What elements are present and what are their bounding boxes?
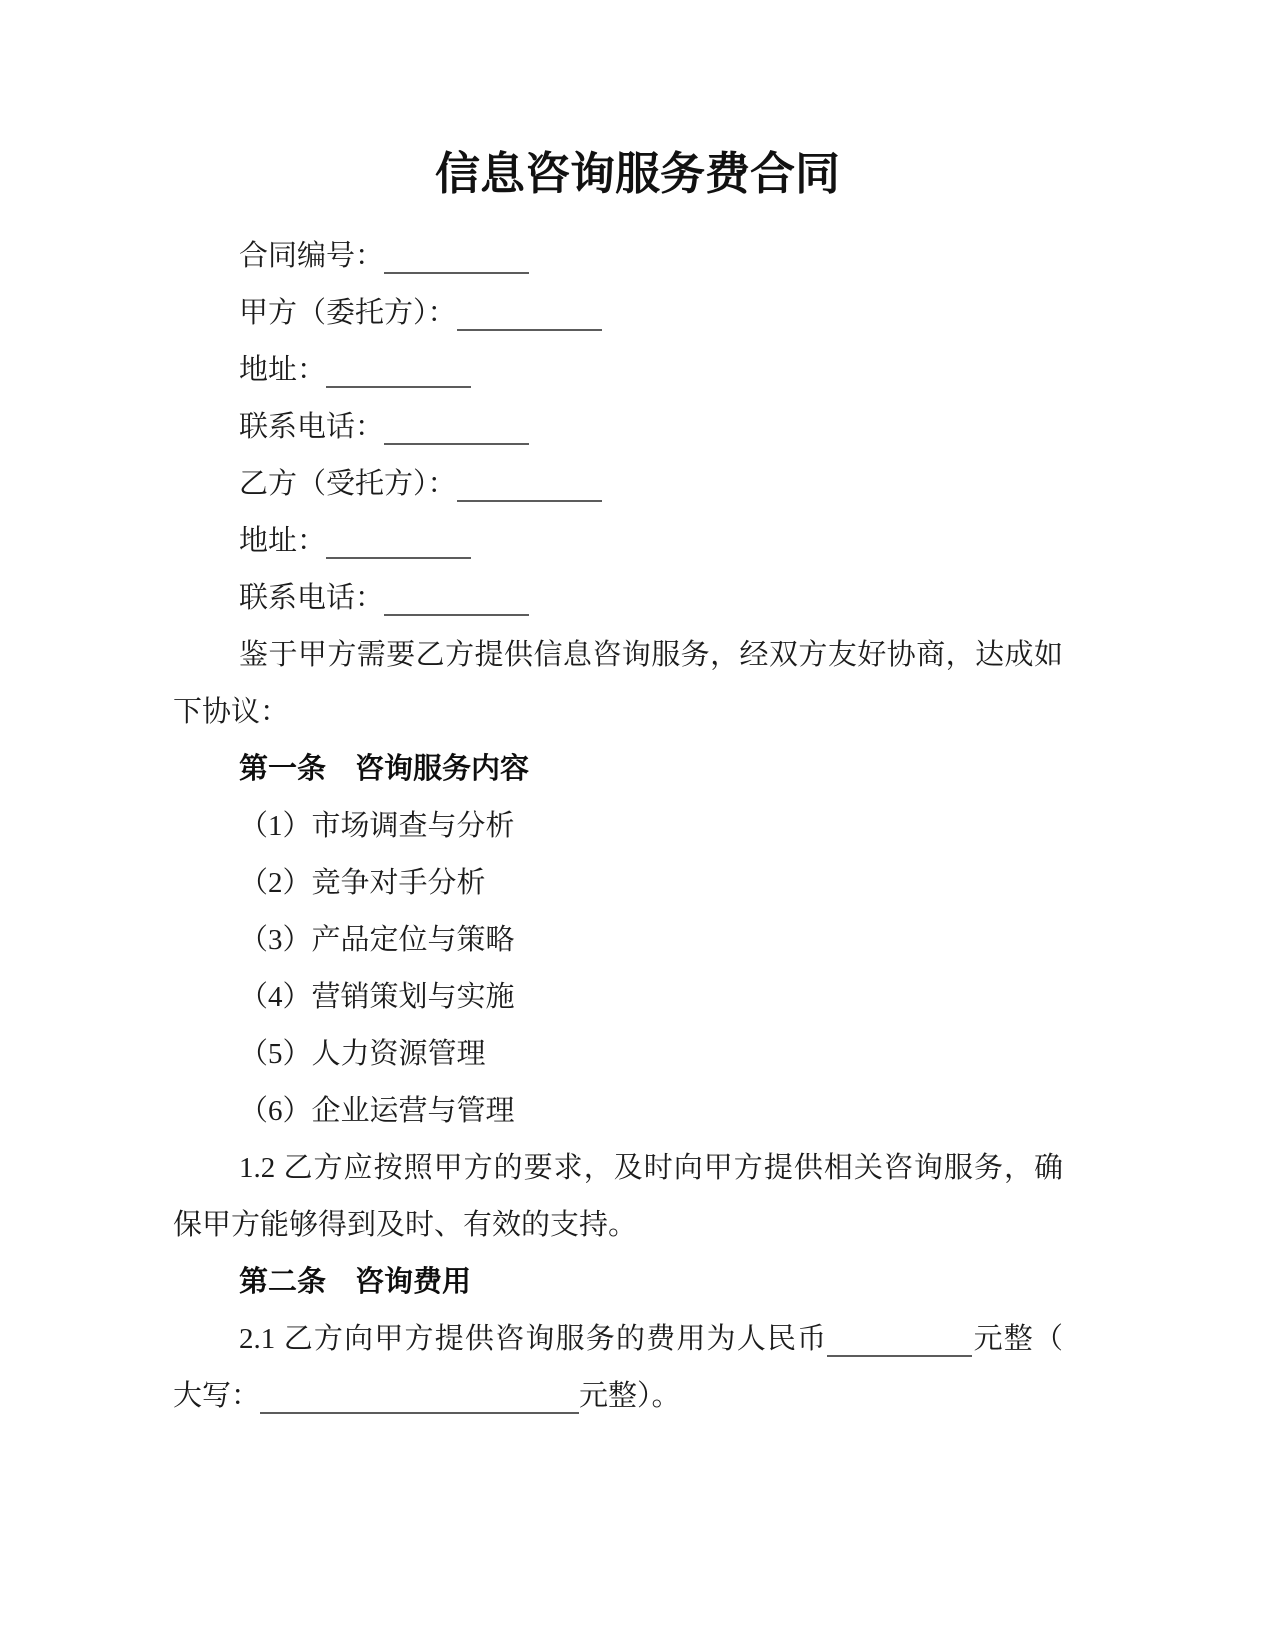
amount-words-blank-line: ______________________	[260, 1380, 579, 1414]
clause-2-1-line-2: 大写：______________________元整）。	[173, 1368, 1063, 1425]
service-item-4: （4）营销策划与实施	[173, 969, 1063, 1026]
intro-paragraph-line-1: 鉴于甲方需要乙方提供信息咨询服务，经双方友好协商，达成如	[173, 627, 1063, 684]
field-contract-number: 合同编号：__________	[173, 228, 1063, 285]
field-label: 乙方（受托方）：	[239, 468, 457, 500]
blank-line: __________	[384, 411, 529, 445]
clause-1-2-line-1: 1.2 乙方应按照甲方的要求，及时向甲方提供相关咨询服务，确	[173, 1140, 1063, 1197]
field-label: 联系电话：	[239, 582, 384, 614]
field-party-b: 乙方（受托方）：__________	[173, 456, 1063, 513]
field-label: 甲方（委托方）：	[239, 297, 457, 329]
field-party-b-address: 地址：__________	[173, 513, 1063, 570]
field-party-a: 甲方（委托方）：__________	[173, 285, 1063, 342]
document-title: 信息咨询服务费合同	[0, 142, 1275, 206]
field-label: 联系电话：	[239, 411, 384, 443]
intro-paragraph-line-2: 下协议：	[173, 684, 1063, 741]
field-party-a-phone: 联系电话：__________	[173, 399, 1063, 456]
blank-line: __________	[457, 468, 602, 502]
document-body: 合同编号：__________ 甲方（委托方）：__________ 地址：__…	[173, 228, 1063, 1425]
blank-line: __________	[326, 525, 471, 559]
clause-2-1-line-1: 2.1 乙方向甲方提供咨询服务的费用为人民币__________元整（	[173, 1311, 1063, 1368]
field-label: 地址：	[239, 525, 326, 557]
clause-text: 大写：	[173, 1380, 260, 1412]
service-item-2: （2）竞争对手分析	[173, 855, 1063, 912]
contract-page: 信息咨询服务费合同 合同编号：__________ 甲方（委托方）：______…	[0, 0, 1275, 1650]
section-2-heading: 第二条 咨询费用	[173, 1254, 1063, 1311]
clause-1-2-line-2: 保甲方能够得到及时、有效的支持。	[173, 1197, 1063, 1254]
blank-line: __________	[384, 582, 529, 616]
clause-text: 2.1 乙方向甲方提供咨询服务的费用为人民币	[239, 1323, 827, 1355]
clause-text: 元整（	[972, 1323, 1063, 1355]
clause-text: 元整）。	[579, 1380, 681, 1412]
service-item-5: （5）人力资源管理	[173, 1026, 1063, 1083]
service-item-3: （3）产品定位与策略	[173, 912, 1063, 969]
field-label: 地址：	[239, 354, 326, 386]
field-party-b-phone: 联系电话：__________	[173, 570, 1063, 627]
service-item-1: （1）市场调查与分析	[173, 798, 1063, 855]
blank-line: __________	[326, 354, 471, 388]
field-party-a-address: 地址：__________	[173, 342, 1063, 399]
amount-blank-line: __________	[827, 1323, 972, 1357]
section-1-heading: 第一条 咨询服务内容	[173, 741, 1063, 798]
blank-line: __________	[384, 240, 529, 274]
blank-line: __________	[457, 297, 602, 331]
service-item-6: （6）企业运营与管理	[173, 1083, 1063, 1140]
field-label: 合同编号：	[239, 240, 384, 272]
